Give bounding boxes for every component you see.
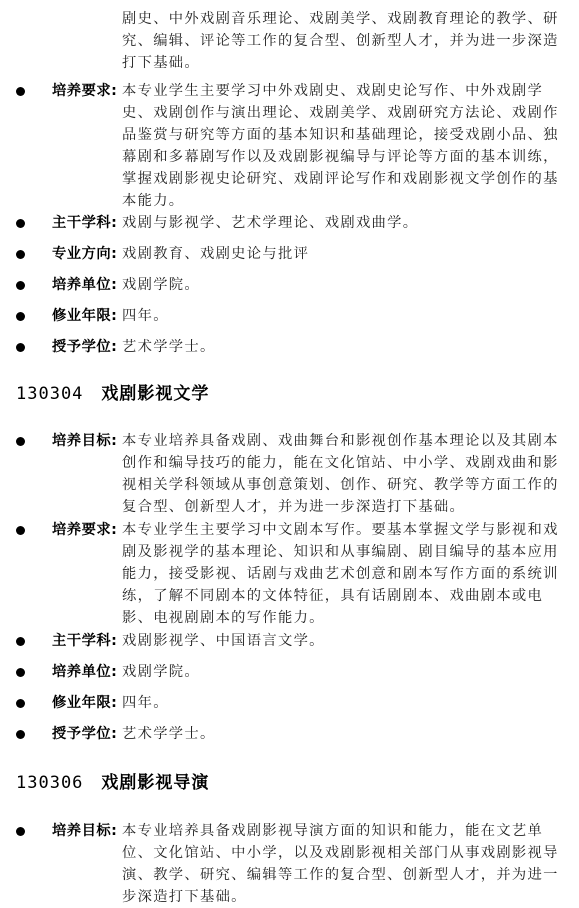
bullet-icon [16, 637, 25, 646]
item-text: 本专业学生主要学习中文剧本写作。要基本掌握文学与影视和戏剧及影视学的基本理论、知… [122, 519, 562, 629]
item-text: 四年。 [122, 692, 562, 714]
item-label: 修业年限: [52, 305, 117, 327]
bullet-icon [16, 437, 25, 446]
section-heading-130306: 130306戏剧影视导演 [16, 771, 209, 795]
item-text: 戏剧学院。 [122, 661, 562, 683]
bullet-icon [16, 87, 25, 96]
item-label: 培养单位: [52, 274, 117, 296]
item-text: 戏剧与影视学、艺术学理论、戏剧戏曲学。 [122, 212, 562, 234]
item-text: 本专业培养具备戏剧影视导演方面的知识和能力，能在文艺单位、文化馆站、中小学，以及… [122, 820, 562, 908]
bullet-icon [16, 699, 25, 708]
item-label: 培养单位: [52, 661, 117, 683]
bullet-icon [16, 343, 25, 352]
item-text: 四年。 [122, 305, 562, 327]
item-label: 修业年限: [52, 692, 117, 714]
bullet-icon [16, 312, 25, 321]
item-label: 培养要求: [52, 519, 117, 541]
item-text: 戏剧影视学、中国语言文学。 [122, 630, 562, 652]
item-text: 本专业培养具备戏剧、戏曲舞台和影视创作基本理论以及其剧本创作和编导技巧的能力，能… [122, 430, 562, 518]
bullet-icon [16, 219, 25, 228]
continuation-paragraph: 剧史、中外戏剧音乐理论、戏剧美学、戏剧教育理论的教学、研究、编辑、评论等工作的复… [122, 8, 562, 74]
major-code: 130304 [16, 384, 83, 404]
major-code: 130306 [16, 773, 83, 793]
item-label: 培养目标: [52, 430, 117, 452]
item-text: 戏剧教育、戏剧史论与批评 [122, 243, 562, 265]
bullet-icon [16, 281, 25, 290]
bullet-icon [16, 730, 25, 739]
bullet-icon [16, 526, 25, 535]
item-label: 培养要求: [52, 80, 117, 102]
item-label: 专业方向: [52, 243, 117, 265]
bullet-icon [16, 668, 25, 677]
item-label: 主干学科: [52, 630, 117, 652]
bullet-icon [16, 827, 25, 836]
item-text: 艺术学学士。 [122, 336, 562, 358]
item-text: 本专业学生主要学习中外戏剧史、戏剧史论写作、中外戏剧学史、戏剧创作与演出理论、戏… [122, 80, 562, 212]
bullet-icon [16, 250, 25, 259]
section-heading-130304: 130304戏剧影视文学 [16, 382, 209, 406]
item-text: 艺术学学士。 [122, 723, 562, 745]
major-title: 戏剧影视导演 [101, 773, 209, 793]
item-label: 授予学位: [52, 723, 117, 745]
item-label: 主干学科: [52, 212, 117, 234]
item-text: 戏剧学院。 [122, 274, 562, 296]
item-label: 授予学位: [52, 336, 117, 358]
major-title: 戏剧影视文学 [101, 384, 209, 404]
item-label: 培养目标: [52, 820, 117, 842]
